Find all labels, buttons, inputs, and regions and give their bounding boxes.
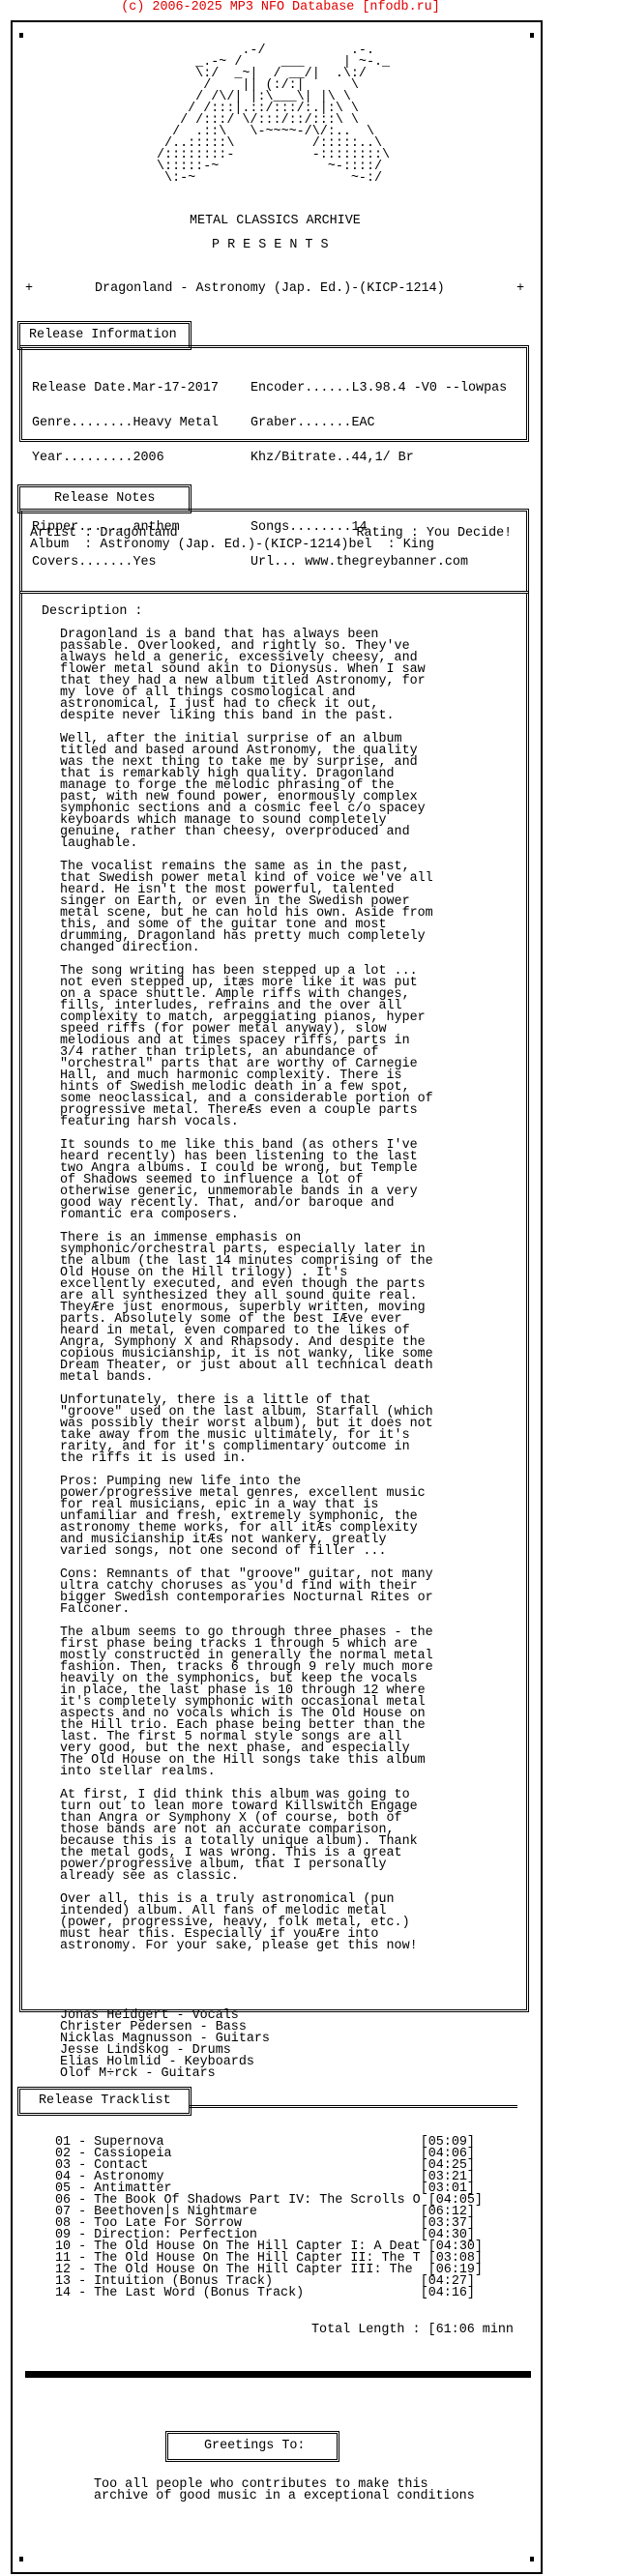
corner-marker bbox=[19, 2557, 23, 2561]
description-paragraph: Over all, this is a truly astronomical (… bbox=[60, 1894, 433, 1952]
archive-title: METAL CLASSICS ARCHIVE bbox=[190, 216, 361, 227]
track-length: [04:16] bbox=[421, 2286, 475, 2300]
release-info-box: Release Date.Mar-17-2017 Genre........He… bbox=[19, 345, 529, 442]
description-paragraph: Pros: Pumping new life into the power/pr… bbox=[60, 1477, 433, 1558]
tab-label: Release Tracklist bbox=[20, 2090, 189, 2107]
plus-marker-right: + bbox=[516, 283, 524, 295]
description-paragraph: Well, after the initial surprise of an a… bbox=[60, 734, 433, 850]
description-label: Description : bbox=[42, 606, 142, 618]
tab-release-tracklist: Release Tracklist bbox=[17, 2087, 192, 2116]
description-paragraph: Dragonland is a band that has always bee… bbox=[60, 629, 433, 722]
greetings-label: Greetings To: bbox=[204, 2441, 305, 2452]
info-row-release-date: Release Date.Mar-17-2017 bbox=[32, 383, 219, 395]
band-lineup: Jonas Heidgert - VocalsChrister Pedersen… bbox=[60, 2010, 270, 2080]
description-paragraph: The song writing has been stepped up a l… bbox=[60, 966, 433, 1128]
tracklist-divider bbox=[189, 2105, 517, 2108]
presents-heading: P R E S E N T S bbox=[212, 240, 329, 251]
description-paragraph: Unfortunately, there is a little of that… bbox=[60, 1395, 433, 1465]
description-box: Description : Dragonland is a band that … bbox=[19, 591, 529, 2012]
description-paragraph: Cons: Remnants of that "groove" guitar, … bbox=[60, 1569, 433, 1616]
ascii-logo: .-/ .-. _.-~ / ___ | ~-._ \:/ _~| / __/|… bbox=[157, 45, 390, 185]
track-title: 14 - The Last Word (Bonus Track) bbox=[55, 2286, 421, 2300]
description-body: Dragonland is a band that has always bee… bbox=[60, 629, 433, 1964]
info-row-graber: Graber.......EAC bbox=[251, 418, 507, 429]
corner-marker bbox=[530, 2557, 534, 2561]
corner-marker bbox=[530, 33, 534, 38]
greetings-heading-box: Greetings To: bbox=[165, 2431, 339, 2462]
description-paragraph: The vocalist remains the same as in the … bbox=[60, 862, 433, 954]
artist-album-box: Artist : Dragonland Rating : You Decide!… bbox=[19, 509, 529, 594]
spacer bbox=[251, 487, 507, 499]
description-paragraph: It sounds to me like this band (as other… bbox=[60, 1140, 433, 1221]
tab-label: Release Notes bbox=[20, 487, 189, 505]
plus-marker-left: + bbox=[25, 283, 33, 295]
info-row-bitrate: Khz/Bitrate..44,1/ Br bbox=[251, 453, 507, 464]
nfo-frame: .-/ .-. _.-~ / ___ | ~-._ \:/ _~| / __/|… bbox=[11, 20, 543, 2574]
track-row: 14 - The Last Word (Bonus Track) [04:16] bbox=[55, 2288, 483, 2299]
album-line: Album : Astronomy (Jap. Ed.)-(KICP-1214)… bbox=[30, 540, 434, 551]
corner-marker bbox=[19, 33, 23, 38]
section-divider-bar bbox=[25, 2371, 531, 2378]
track-list: 01 - Supernova [05:09]02 - Cassiopeia [0… bbox=[55, 2137, 483, 2299]
info-row-year: Year.........2006 bbox=[32, 453, 219, 464]
release-title: Dragonland - Astronomy (Jap. Ed.)-(KICP-… bbox=[95, 283, 445, 295]
description-paragraph: At first, I did think this album was goi… bbox=[60, 1790, 433, 1883]
tab-label: Release Information bbox=[20, 324, 189, 341]
info-row-encoder: Encoder......L3.98.4 -V0 --lowpas bbox=[251, 383, 507, 395]
lineup-member: Olof M÷rck - Guitars bbox=[60, 2068, 270, 2080]
description-paragraph: The album seems to go through three phas… bbox=[60, 1627, 433, 1778]
total-length: Total Length : [61:06 minn bbox=[311, 2325, 514, 2336]
greetings-text: Too all people who contributes to make t… bbox=[94, 2479, 475, 2503]
info-row-genre: Genre........Heavy Metal bbox=[32, 418, 219, 429]
copyright-banner: (c) 2006-2025 MP3 NFO Database [nfodb.ru… bbox=[0, 1, 561, 15]
description-paragraph: There is an immense emphasis on symphoni… bbox=[60, 1233, 433, 1384]
